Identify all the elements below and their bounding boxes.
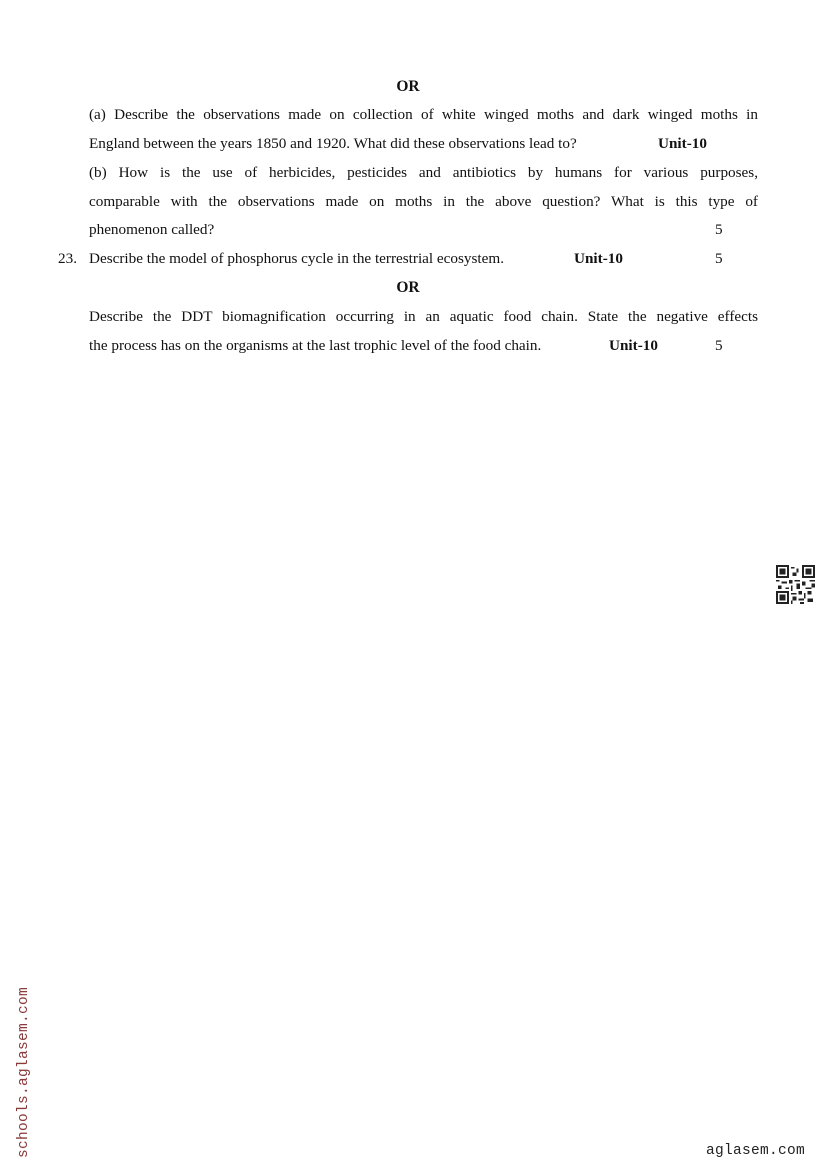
unit-label: Unit-10 <box>574 250 623 268</box>
q23-alt-line1: Describe the DDT biomagnification occurr… <box>89 308 758 326</box>
footer-watermark: aglasem.com <box>706 1143 805 1159</box>
marks: 5 <box>715 250 723 268</box>
or-separator: OR <box>0 78 816 96</box>
qr-code-icon <box>776 565 815 604</box>
q23-alt-line2: the process has on the organisms at the … <box>89 337 541 355</box>
q22-alt-a-line1: (a) Describe the observations made on co… <box>89 106 758 124</box>
or-separator: OR <box>0 279 816 297</box>
q22-alt-b-line3: phenomenon called? <box>89 221 214 239</box>
q22-alt-a-line2: England between the years 1850 and 1920.… <box>89 135 577 153</box>
side-watermark: schools.aglasem.com <box>16 987 32 1158</box>
marks: 5 <box>715 221 723 239</box>
unit-label: Unit-10 <box>658 135 707 153</box>
q23-text: Describe the model of phosphorus cycle i… <box>89 250 504 268</box>
marks: 5 <box>715 337 723 355</box>
q22-alt-b-line1: (b) How is the use of herbicides, pestic… <box>89 164 758 182</box>
q22-alt-b-line2: comparable with the observations made on… <box>89 193 758 211</box>
question-number: 23. <box>58 250 77 268</box>
unit-label: Unit-10 <box>609 337 658 355</box>
